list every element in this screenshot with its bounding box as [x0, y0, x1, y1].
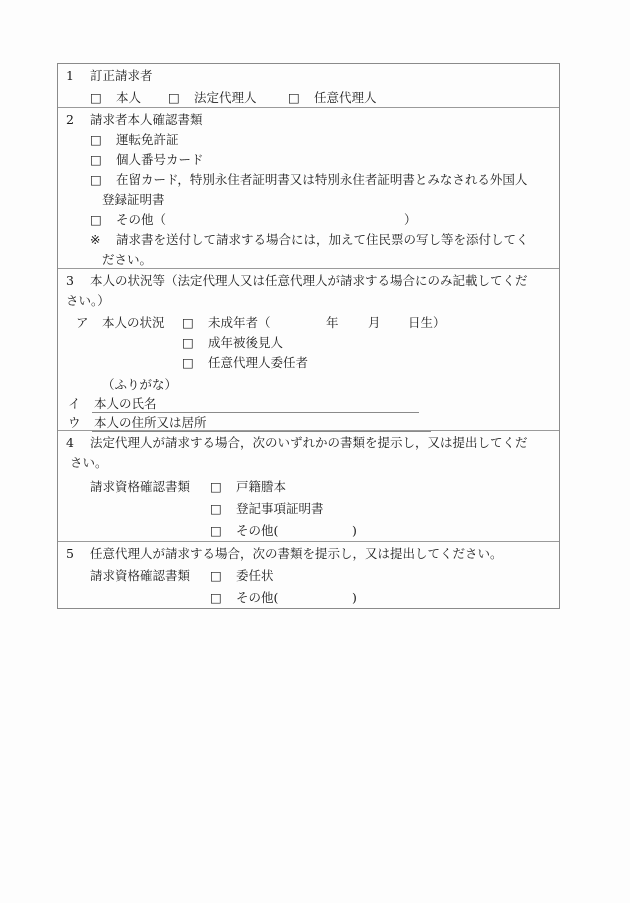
checkbox-power-of-attorney[interactable]: □: [210, 568, 222, 584]
option-label: 本人: [116, 90, 141, 106]
section-number: 5: [66, 546, 74, 562]
checkbox-voluntary-agent[interactable]: □: [288, 90, 300, 106]
other-close-paren: ）: [404, 212, 417, 228]
section-number: 2: [66, 112, 74, 128]
birth-year-label: 年: [326, 315, 339, 331]
item-mark-u: ウ: [68, 415, 81, 431]
correction-request-form-table: 1 訂正請求者 □ 本人 □ 法定代理人 □ 任意代理人 2 請求者本人確認書類…: [57, 63, 560, 609]
checkbox-other[interactable]: □: [90, 212, 102, 228]
section-requester: 1 訂正請求者 □ 本人 □ 法定代理人 □ 任意代理人: [58, 64, 559, 108]
checkbox-self[interactable]: □: [90, 90, 102, 106]
checkbox-voluntary-principal[interactable]: □: [182, 355, 194, 371]
section-title: 請求者本人確認書類: [90, 112, 203, 128]
option-label: 任意代理人: [314, 90, 377, 106]
section-identity-documents: 2 請求者本人確認書類 □ 運転免許証 □ 個人番号カード □ 在留カード，特別…: [58, 108, 559, 269]
checkbox-adult-ward[interactable]: □: [182, 335, 194, 351]
option-label: その他(: [236, 590, 278, 606]
status-label: 本人の状況: [102, 315, 165, 331]
option-label: 運転免許証: [116, 132, 179, 148]
birth-month-label: 月: [368, 315, 381, 331]
section-number: 4: [66, 435, 74, 451]
section-voluntary-agent-documents: 5 任意代理人が請求する場合，次の書類を提示し，又は提出してください。 請求資格…: [58, 542, 559, 608]
option-label: 登記事項証明書: [236, 501, 324, 517]
option-label: 成年被後見人: [208, 335, 283, 351]
doc-label: 請求資格確認書類: [90, 479, 190, 495]
checkbox-my-number-card[interactable]: □: [90, 152, 102, 168]
checkbox-other[interactable]: □: [210, 523, 222, 539]
other-close-paren: ): [352, 590, 357, 606]
option-label: 委任状: [236, 568, 274, 584]
checkbox-family-register[interactable]: □: [210, 479, 222, 495]
option-label: 在留カード，特別永住者証明書又は特別永住者証明書とみなされる外国人: [116, 172, 527, 188]
doc-label: 請求資格確認書類: [90, 568, 190, 584]
option-label-continued: 登録証明書: [102, 192, 165, 208]
section-number: 1: [66, 68, 74, 84]
checkbox-registry-certificate[interactable]: □: [210, 501, 222, 517]
section-person-status: 3 本人の状況等（法定代理人又は任意代理人が請求する場合にのみ記載してくだ さい…: [58, 269, 559, 430]
checkbox-legal-agent[interactable]: □: [168, 90, 180, 106]
option-label: 法定代理人: [194, 90, 257, 106]
address-label: 本人の住所又は居所: [94, 415, 207, 431]
checkbox-drivers-license[interactable]: □: [90, 132, 102, 148]
item-mark-i: イ: [68, 396, 81, 412]
checkbox-residence-card[interactable]: □: [90, 172, 102, 188]
note-mark: ※: [90, 232, 100, 248]
section-number: 3: [66, 273, 74, 289]
option-label: 任意代理人委任者: [208, 355, 308, 371]
option-label: 未成年者（: [208, 315, 271, 331]
note-text: 請求書を送付して請求する場合には，加えて住民票の写し等を添付してく: [116, 232, 529, 248]
section-title: 任意代理人が請求する場合，次の書類を提示し，又は提出してください。: [90, 546, 503, 562]
name-underline: [92, 412, 419, 413]
option-label: その他(: [236, 523, 278, 539]
furigana-label: （ふりがな）: [102, 377, 177, 393]
section-title: 訂正請求者: [90, 68, 153, 84]
checkbox-minor[interactable]: □: [182, 315, 194, 331]
other-close-paren: ): [352, 523, 357, 539]
option-label: 戸籍謄本: [236, 479, 286, 495]
option-label: 個人番号カード: [116, 152, 204, 168]
birth-day-label: 日生）: [408, 315, 446, 331]
section-title-continued: さい。: [70, 455, 108, 471]
note-text-continued: ださい。: [102, 252, 152, 268]
item-mark-a: ア: [76, 315, 89, 331]
section-legal-agent-documents: 4 法定代理人が請求する場合，次のいずれかの書類を提示し，又は提出してくだ さい…: [58, 431, 559, 541]
option-label: その他（: [116, 212, 166, 228]
section-title-continued: さい。）: [66, 293, 110, 309]
checkbox-other[interactable]: □: [210, 590, 222, 606]
name-label: 本人の氏名: [94, 396, 157, 412]
section-title: 本人の状況等（法定代理人又は任意代理人が請求する場合にのみ記載してくだ: [90, 273, 528, 289]
section-title: 法定代理人が請求する場合，次のいずれかの書類を提示し，又は提出してくだ: [90, 435, 528, 451]
